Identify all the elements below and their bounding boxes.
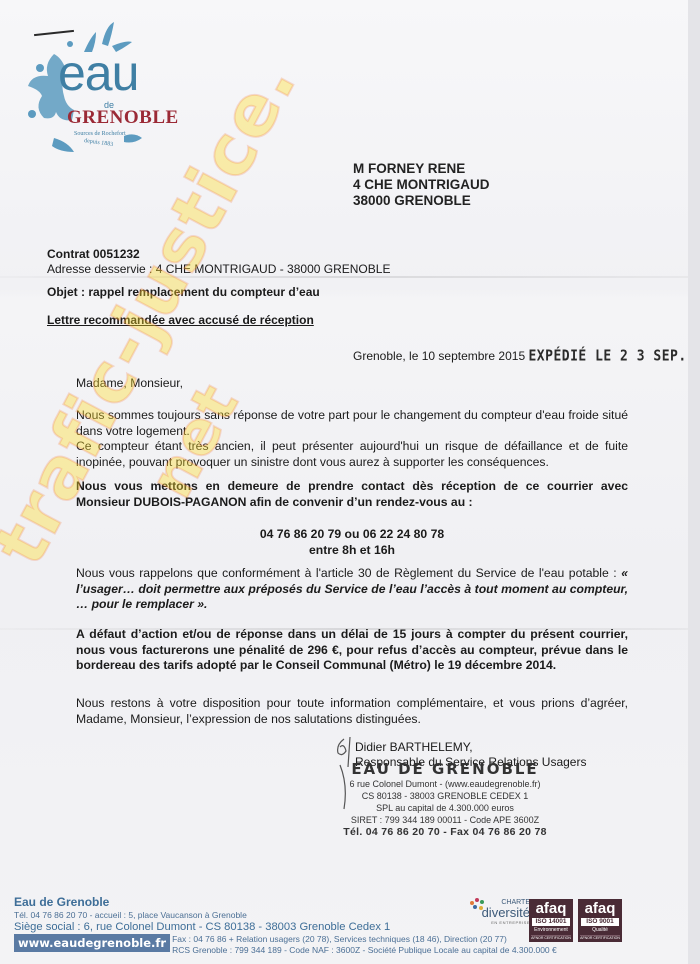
afnor-cert: AFNOR CERTIFICATION	[580, 935, 620, 941]
people-circle-icon	[468, 897, 488, 911]
footer-website-link[interactable]: www.eaudegrenoble.fr	[14, 934, 170, 952]
company-stamp: EAU DE GRENOBLE 6 rue Colonel Dumont - (…	[300, 760, 590, 838]
iso-label: Qualité	[578, 927, 622, 934]
salutation: Madame, Monsieur,	[76, 376, 628, 392]
eau-de-grenoble-logo: eau de GRENOBLE Sources de Rochefort dep…	[14, 14, 164, 144]
paragraph-penalty: A défaut d’action et/ou de réponse dans …	[76, 627, 628, 674]
paragraph-1a: Nous sommes toujours sans réponse de vot…	[76, 408, 628, 439]
footer-rcs: RCS Grenoble : 799 344 189 - Code NAF : …	[172, 945, 557, 956]
letter-date: Grenoble, le 10 septembre 2015	[353, 349, 525, 363]
stamp-line-4: SIRET : 799 344 189 00011 - Code APE 360…	[300, 814, 590, 826]
iso-label: Environnement	[529, 927, 573, 934]
recipient-city: 38000 GRENOBLE	[353, 193, 490, 209]
afaq-iso14001-badge: afaq ISO 14001 Environnement AFNOR CERTI…	[529, 899, 573, 942]
iso-standard: ISO 9001	[581, 918, 619, 926]
iso-standard: ISO 14001	[532, 918, 570, 926]
paragraph-closing: Nous restons à votre disposition pour to…	[76, 696, 628, 727]
logo-eau-text: eau	[58, 44, 138, 102]
phone-numbers: 04 76 86 20 79 ou 06 22 24 80 78	[76, 527, 628, 543]
stamp-line-2: CS 80138 - 38003 GRENOBLE CEDEX 1	[300, 790, 590, 802]
afaq-iso9001-badge: afaq ISO 9001 Qualité AFNOR CERTIFICATIO…	[578, 899, 622, 942]
paragraph-formal-notice: Nous vous mettons en demeure de prendre …	[76, 479, 628, 510]
letter-page: eau de GRENOBLE Sources de Rochefort dep…	[0, 0, 688, 964]
paragraph-1b: Ce compteur étant très ancien, il peut p…	[76, 439, 628, 470]
footer-org-name: Eau de Grenoble	[14, 895, 474, 909]
afnor-cert: AFNOR CERTIFICATION	[531, 935, 571, 941]
sent-stamp: EXPÉDIÉ LE 2 3 SEP. 2015	[528, 348, 700, 365]
signatory-name: Didier BARTHELEMY,	[355, 740, 586, 755]
logo-brand-text: GRENOBLE	[67, 107, 179, 129]
logo-tagline: Sources de Rochefort	[74, 131, 126, 137]
afaq-logo-text: afaq	[578, 901, 622, 916]
footer-fax: Fax : 04 76 86 + Relation usagers (20 78…	[172, 934, 557, 945]
recipient-name: M FORNEY RENE	[353, 161, 490, 177]
contact-phones: 04 76 86 20 79 ou 06 22 24 80 78 entre 8…	[76, 527, 628, 558]
service-address: Adresse desservie : 4 CHE MONTRIGAUD - 3…	[47, 262, 390, 277]
recipient-street: 4 CHE MONTRIGAUD	[353, 177, 490, 193]
scan-edge	[688, 0, 700, 964]
contract-number: Contrat 0051232	[47, 247, 390, 262]
footer-tel: Tél. 04 76 86 20 70 - accueil : 5, place…	[14, 910, 474, 920]
recipient-address: M FORNEY RENE 4 CHE MONTRIGAUD 38000 GRE…	[353, 161, 490, 209]
charte-diversite-badge: CHARTE diversité EN ENTREPRISE	[466, 899, 530, 925]
footer-head-office: Siège social : 6, rue Colonel Dumont - C…	[14, 921, 474, 933]
regulation-intro: Nous vous rappelons que conformément à l…	[76, 566, 621, 580]
stamp-line-3: SPL au capital de 4.300.000 euros	[300, 802, 590, 814]
letter-footer: Eau de Grenoble Tél. 04 76 86 20 70 - ac…	[14, 895, 474, 956]
stamp-line-5: Tél. 04 76 86 20 70 - Fax 04 76 86 20 78	[300, 826, 590, 838]
letter-subject: Objet : rappel remplacement du compteur …	[47, 285, 320, 299]
contact-hours: entre 8h et 16h	[76, 543, 628, 559]
date-line: Grenoble, le 10 septembre 2015 EXPÉDIÉ L…	[353, 349, 700, 364]
paragraph-1: Nous sommes toujours sans réponse de vot…	[76, 408, 628, 470]
stamp-line-1: 6 rue Colonel Dumont - (www.eaudegrenobl…	[300, 778, 590, 790]
afaq-logo-text: afaq	[529, 901, 573, 916]
entreprise-label: EN ENTREPRISE	[466, 920, 530, 925]
stamp-company-name: EAU DE GRENOBLE	[300, 760, 590, 778]
contract-info: Contrat 0051232 Adresse desservie : 4 CH…	[47, 247, 390, 277]
registered-mail-notice: Lettre recommandée avec accusé de récept…	[47, 313, 314, 327]
paragraph-regulation: Nous vous rappelons que conformément à l…	[76, 566, 628, 613]
